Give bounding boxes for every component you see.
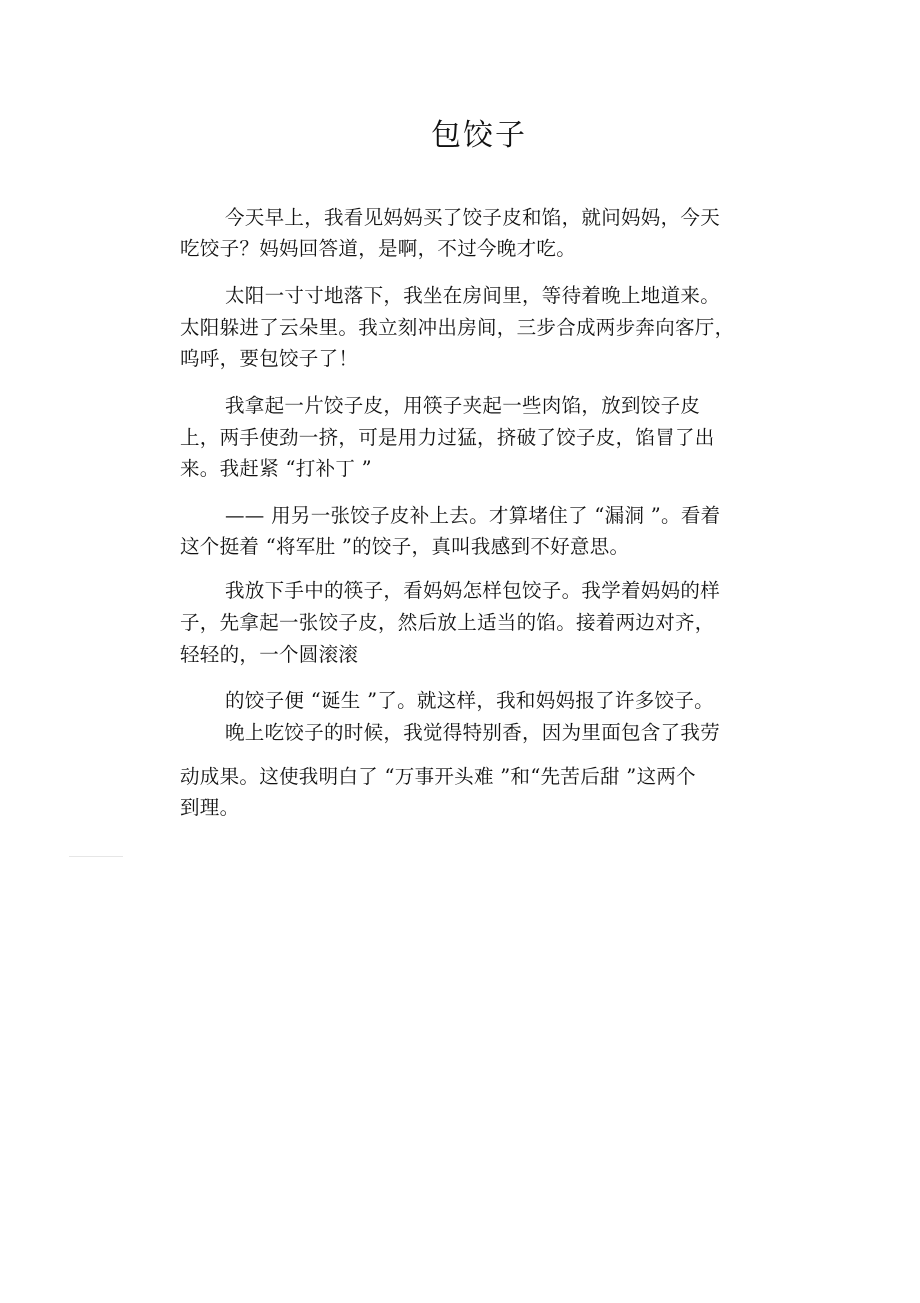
text-line: 到理。 — [180, 792, 239, 820]
text-line: —— 用另一张饺子皮补上去。才算堵住了 “漏洞 ”。看着 — [225, 500, 720, 528]
text-line: 呜呼，要包饺子了！ — [180, 343, 358, 371]
text-line: 晚上吃饺子的时候，我觉得特别香，因为里面包含了我劳 — [225, 717, 720, 745]
text-line: 太阳躲进了云朵里。我立刻冲出房间，三步合成两步奔向客厅， — [180, 312, 734, 340]
text-line: 子，先拿起一张饺子皮，然后放上适当的馅。接着两边对齐， — [180, 607, 715, 635]
text-line: 这个挺着 “将军肚 ”的饺子，真叫我感到不好意思。 — [180, 531, 629, 559]
text-line: 我拿起一片饺子皮，用筷子夹起一些肉馅，放到饺子皮 — [225, 390, 700, 418]
text-line: 来。我赶紧 “打补丁 ” — [180, 453, 372, 481]
text-line: 动成果。这使我明白了 “万事开头难 ”和“先苦后甜 ”这两个 — [180, 761, 696, 789]
text-line: 吃饺子？妈妈回答道，是啊，不过今晚才吃。 — [180, 233, 576, 261]
document-title: 包饺子 — [0, 110, 920, 154]
text-line: 轻轻的，一个圆滚滚 — [180, 639, 358, 667]
text-line: 我放下手中的筷子，看妈妈怎样包饺子。我学着妈妈的样 — [225, 575, 720, 603]
text-line: 今天早上，我看见妈妈买了饺子皮和馅，就问妈妈，今天 — [225, 202, 720, 230]
footer-rule — [69, 856, 123, 857]
text-line: 的饺子便 “诞生 ”了。就这样，我和妈妈报了许多饺子。 — [225, 685, 714, 713]
text-line: 上，两手使劲一挤，可是用力过猛，挤破了饺子皮，馅冒了出 — [180, 422, 715, 450]
text-line: 太阳一寸寸地落下，我坐在房间里，等待着晚上地道来。 — [225, 280, 720, 308]
